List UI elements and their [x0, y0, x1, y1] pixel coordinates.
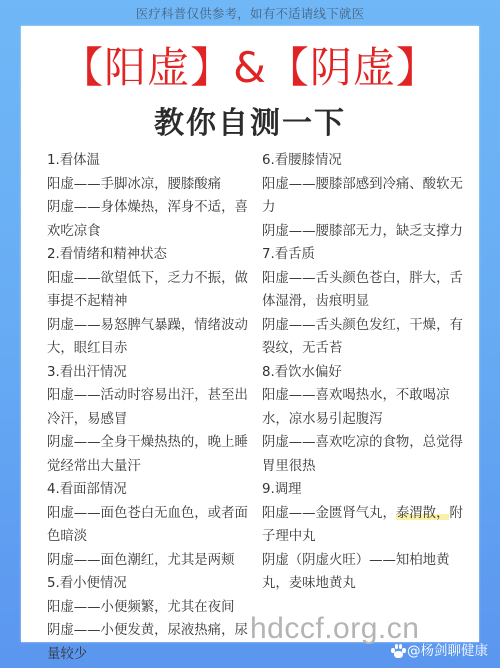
- text-line: 觉经常出大量汗: [47, 455, 253, 479]
- text-line: 阳虚——活动时容易出汗，甚至出: [47, 384, 253, 408]
- text-line: 胃里很热: [262, 455, 468, 479]
- paw-icon: [391, 644, 405, 658]
- text-line: 阳虚——小便频繁，尤其在夜间: [47, 596, 253, 620]
- text-line: 阴虚（阴虚火旺）——知柏地黄: [262, 549, 468, 573]
- text-line: 阴虚——易怒脾气暴躁，情绪波动: [47, 314, 253, 338]
- section-heading-waist-knee: 6.看腰膝情况: [262, 149, 468, 173]
- text-line: 裂纹，无舌苔: [262, 337, 468, 361]
- text-line: 事提不起精神: [47, 290, 253, 314]
- text-line: 水，凉水易引起腹泻: [262, 408, 468, 432]
- page-subtitle: 教你自测一下: [21, 102, 479, 146]
- section-heading-face: 4.看面部情况: [47, 478, 253, 502]
- text-line: 阴虚——全身干燥热热的，晚上睡: [47, 431, 253, 455]
- text-line: 阴虚——腰膝部无力，缺乏支撑力: [262, 220, 468, 244]
- text-line: 阴虚——小便发黄，尿液热痛，尿: [47, 619, 253, 643]
- text-line: 阳虚——腰膝部感到冷痛、酸软无: [262, 173, 468, 197]
- text-line: 阴虚——喜欢吃凉的食物，总觉得: [262, 431, 468, 455]
- author-attribution: @杨剑聊健康: [391, 641, 488, 661]
- yang-treatment-prefix: 阳虚——金匮肾气丸，: [262, 506, 396, 521]
- disclaimer-banner: 医疗科普仅供参考，如有不适请线下就医: [0, 4, 500, 24]
- section-heading-treatment: 9.调理: [262, 478, 468, 502]
- content-card: 【阳虚】&【阴虚】 教你自测一下 1.看体温 阳虚——手脚冰凉，腰膝酸痛 阴虚—…: [21, 26, 479, 642]
- text-line: 体湿滑，齿痕明显: [262, 290, 468, 314]
- section-heading-body-temperature: 1.看体温: [47, 149, 253, 173]
- text-line: 阴虚——舌头颜色发红，干燥，有: [262, 314, 468, 338]
- text-line: 大，眼红目赤: [47, 337, 253, 361]
- left-column: 1.看体温 阳虚——手脚冰凉，腰膝酸痛 阴虚——身体燥热，浑身不适，喜 欢吃凉食…: [47, 149, 253, 666]
- text-line: 子理中丸: [262, 525, 468, 549]
- text-line: 阳虚——喜欢喝热水，不敢喝凉: [262, 384, 468, 408]
- section-heading-tongue: 7.看舌质: [262, 243, 468, 267]
- section-heading-urine: 5.看小便情况: [47, 572, 253, 596]
- text-line: 冷汗，易感冒: [47, 408, 253, 432]
- text-line: 量较少: [47, 643, 253, 667]
- author-handle: @杨剑聊健康: [407, 641, 488, 661]
- text-line: 阳虚——舌头颜色苍白，胖大，舌: [262, 267, 468, 291]
- text-line: 欢吃凉食: [47, 220, 253, 244]
- right-column: 6.看腰膝情况 阳虚——腰膝部感到冷痛、酸软无 力 阴虚——腰膝部无力，缺乏支撑…: [262, 149, 468, 596]
- section-heading-drinking: 8.看饮水偏好: [262, 361, 468, 385]
- text-line: 色暗淡: [47, 525, 253, 549]
- text-line: 力: [262, 196, 468, 220]
- text-line: 阴虚——身体燥热，浑身不适，喜: [47, 196, 253, 220]
- yang-treatment-suffix: 附: [449, 506, 462, 521]
- text-line: 阴虚——面色潮红，尤其是两颊: [47, 549, 253, 573]
- text-line: 阳虚——手脚冰凉，腰膝酸痛: [47, 173, 253, 197]
- highlighted-remedy: 泰渭散，: [396, 506, 450, 521]
- text-line-yang-treatment: 阳虚——金匮肾气丸，泰渭散，附: [262, 502, 468, 526]
- section-heading-mood: 2.看情绪和精神状态: [47, 243, 253, 267]
- text-line: 阳虚——面色苍白无血色，或者面: [47, 502, 253, 526]
- text-line: 阳虚——欲望低下，乏力不振，做: [47, 267, 253, 291]
- section-heading-sweating: 3.看出汗情况: [47, 361, 253, 385]
- text-line: 丸，麦味地黄丸: [262, 572, 468, 596]
- page-title: 【阳虚】&【阴虚】: [21, 38, 479, 98]
